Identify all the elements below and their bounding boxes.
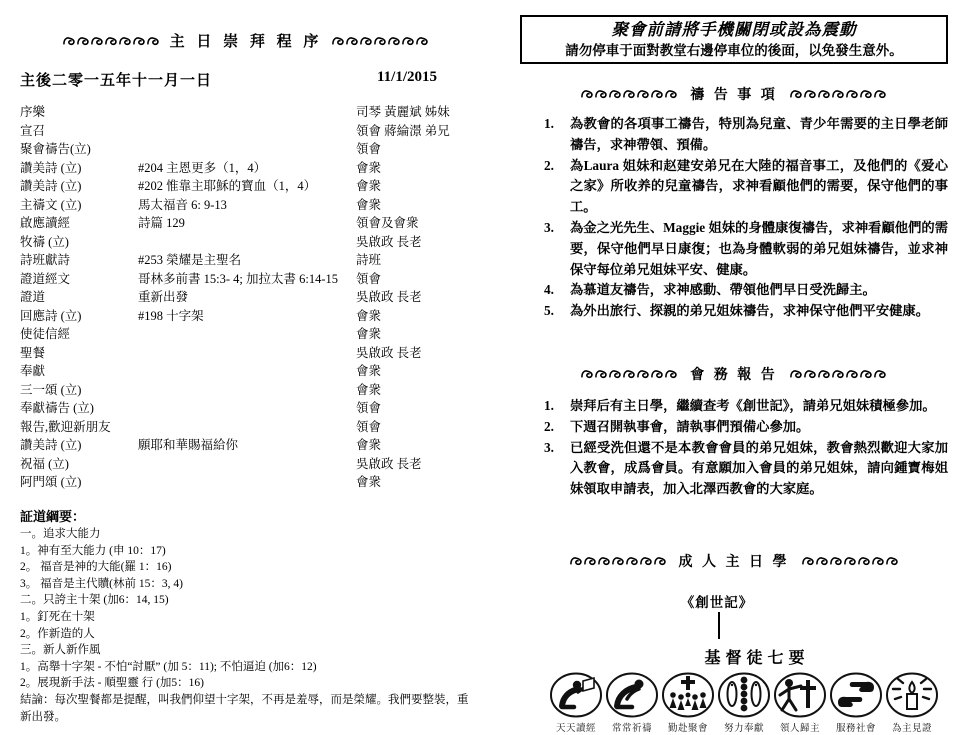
program-detail: #204 主恩更多（1，4）	[138, 159, 356, 178]
program-leader: 吳啟政 長老	[356, 288, 472, 307]
essential-label: 勤赴聚會	[660, 720, 716, 734]
right-page: 聚會前請將手機關閉或設為震動 請勿停車于面對教堂右邊停車位的後面，以免發生意外。…	[520, 0, 948, 735]
program-row: 阿門頌 (立) 會衆	[20, 473, 472, 492]
program-leader: 領會 蔣綸澋 弟兄	[356, 122, 472, 141]
outline-line: 2。 福音是神的大能(羅 1：16)	[20, 559, 472, 576]
ornament-right-icon	[802, 556, 899, 566]
ornament-left-icon	[570, 556, 667, 566]
program-detail: 重新出發	[138, 288, 356, 307]
prayer-item: 為Laura 姐妹和赵建安弟兄在大陸的福音事工，及他們的《爱心之家》所收养的兒童…	[544, 156, 948, 218]
seven-essentials-row: 天天讀經 常常祈禱	[548, 672, 940, 734]
program-detail	[138, 455, 356, 474]
program-item: 證道經文	[20, 270, 138, 289]
program-leader: 領會	[356, 140, 472, 159]
report-item: 崇拜后有主日學，繼續查考《創世記》，請弟兄姐妹積極參加。	[544, 396, 948, 417]
program-row: 使徒信經 會衆	[20, 325, 472, 344]
program-leader: 領會	[356, 418, 472, 437]
prayer-item: 為慕道友禱告，求神感動、帶領他們早日受洗歸主。	[544, 280, 948, 301]
program-leader: 詩班	[356, 251, 472, 270]
program-detail	[138, 381, 356, 400]
program-leader: 會衆	[356, 381, 472, 400]
prayer-item: 為金之光先生、Maggie 姐妹的身體康復禱告，求神看顧他們的需要，保守他們早日…	[544, 218, 948, 280]
notice-phones: 聚會前請將手機關閉或設為震動	[526, 19, 942, 41]
program-item: 證道	[20, 288, 138, 307]
praying-icon	[605, 672, 659, 718]
program-detail: #202 惟靠主耶穌的寶血（1，4）	[138, 177, 356, 196]
program-row: 報告,歡迎新朋友 領會	[20, 418, 472, 437]
program-row: 序樂 司琴 黃麗斌 姊妹	[20, 103, 472, 122]
outline-heading: 証道綱要：	[20, 507, 472, 526]
program-leader: 會衆	[356, 325, 472, 344]
program-list: 序樂 司琴 黃麗斌 姊妹 宣召 領會 蔣綸澋 弟兄 聚會禱告(立) 領會	[20, 103, 472, 492]
program-item: 使徒信經	[20, 325, 138, 344]
essential-praying: 常常祈禱	[604, 672, 660, 734]
prayer-item-text: 為慕道友禱告，求神感動、帶領他們早日受洗歸主。	[570, 280, 948, 301]
essential-label: 天天讀經	[548, 720, 604, 734]
program-detail	[138, 473, 356, 492]
program-leader: 會衆	[356, 436, 472, 455]
program-row: 聖餐 吳啟政 長老	[20, 344, 472, 363]
ornament-left-icon	[63, 36, 160, 46]
school-section-title: 成 人 主 日 學	[679, 551, 790, 571]
loaves-fishes-icon	[717, 672, 771, 718]
program-detail: #198 十字架	[138, 307, 356, 326]
program-item: 讚美詩 (立)	[20, 436, 138, 455]
outline-line: 三。新人新作風	[20, 642, 472, 659]
ornament-right-icon	[332, 36, 429, 46]
program-item: 詩班獻詩	[20, 251, 138, 270]
program-leader: 會衆	[356, 177, 472, 196]
program-detail	[138, 418, 356, 437]
program-detail	[138, 399, 356, 418]
program-item: 回應詩 (立)	[20, 307, 138, 326]
program-item: 奉獻	[20, 362, 138, 381]
program-row: 啟應讀經 詩篇 129 領會及會衆	[20, 214, 472, 233]
prayer-item: 為外出旅行、探親的弟兄姐妹禱告，求神保守他們平安健康。	[544, 301, 948, 322]
essential-label: 努力奉獻	[716, 720, 772, 734]
school-section-header: 成 人 主 日 學	[520, 551, 948, 571]
worship-title: 主 日 崇 拜 程 序	[170, 30, 323, 51]
essential-label: 服務社會	[828, 720, 884, 734]
prayer-item-text: 為金之光先生、Maggie 姐妹的身體康復禱告，求神看顧他們的需要，保守他們早日…	[570, 218, 948, 280]
date-row: 主後二零一五年十一月一日 11/1/2015	[20, 69, 472, 89]
report-list: 崇拜后有主日學，繼續查考《創世記》，請弟兄姐妹積極參加。 下週召開執事會，請執事…	[520, 396, 948, 500]
program-item: 三一頌 (立)	[20, 381, 138, 400]
program-detail	[138, 140, 356, 159]
report-section-title: 會 務 報 告	[690, 364, 778, 384]
program-row: 牧禱 (立) 吳啟政 長老	[20, 233, 472, 252]
program-leader: 會衆	[356, 473, 472, 492]
program-leader: 領會	[356, 270, 472, 289]
program-row: 讚美詩 (立) #202 惟靠主耶穌的寶血（1，4） 會衆	[20, 177, 472, 196]
report-item: 下週召開執事會，請執事們預備心參加。	[544, 417, 948, 438]
essential-gathering: 勤赴聚會	[660, 672, 716, 734]
program-item: 聖餐	[20, 344, 138, 363]
program-item: 序樂	[20, 103, 138, 122]
program-item: 宣召	[20, 122, 138, 141]
prayer-list: 為教會的各項事工禱告，特別為兒童、青少年需要的主日學老師禱告，求神帶領、預備。 …	[520, 114, 948, 322]
program-row: 證道 重新出發 吳啟政 長老	[20, 288, 472, 307]
ornament-right-icon	[790, 369, 887, 379]
outline-line: 1。高舉十字架 - 不怕“討厭” (加 5：11); 不怕逼迫 (加6：12)	[20, 659, 472, 676]
program-item: 祝福 (立)	[20, 455, 138, 474]
report-item-text: 已經受洗但還不是本教會會員的弟兄姐妹，教會熱烈歡迎大家加入教會，成爲會員。有意願…	[570, 438, 948, 500]
program-detail	[138, 325, 356, 344]
sermon-outline: 証道綱要： 一。追求大能力 1。神有至大能力 (申 10：17) 2。 福音是神…	[20, 507, 472, 725]
program-leader: 會衆	[356, 307, 472, 326]
report-item-text: 下週召開執事會，請執事們預備心參加。	[570, 417, 948, 438]
ornament-left-icon	[581, 89, 678, 99]
ornament-left-icon	[581, 369, 678, 379]
seven-essentials-title: 基督徒七要	[574, 645, 940, 668]
essential-label: 常常祈禱	[604, 720, 660, 734]
program-leader: 會衆	[356, 159, 472, 178]
program-detail	[138, 233, 356, 252]
outline-line: 1。神有至大能力 (申 10：17)	[20, 543, 472, 560]
essential-label: 為主見證	[884, 720, 940, 734]
lead-to-cross-icon	[773, 672, 827, 718]
program-detail	[138, 362, 356, 381]
program-detail: 願耶和華賜福給你	[138, 436, 356, 455]
program-row: 宣召 領會 蔣綸澋 弟兄	[20, 122, 472, 141]
program-leader: 領會	[356, 399, 472, 418]
outline-line: 一。追求大能力	[20, 526, 472, 543]
program-detail	[138, 103, 356, 122]
gathering-cross-icon	[661, 672, 715, 718]
essential-serving: 服務社會	[828, 672, 884, 734]
program-leader: 會衆	[356, 196, 472, 215]
outline-line: 2。展現新手法 - 順聖靈 行 (加5：16)	[20, 675, 472, 692]
essential-label: 領人歸主	[772, 720, 828, 734]
worship-date-numeric: 11/1/2015	[377, 69, 437, 86]
essential-offering: 努力奉獻	[716, 672, 772, 734]
program-row: 祝福 (立) 吳啟政 長老	[20, 455, 472, 474]
program-item: 讚美詩 (立)	[20, 177, 138, 196]
program-item: 啟應讀經	[20, 214, 138, 233]
program-row: 奉獻 會衆	[20, 362, 472, 381]
essential-witness: 為主見證	[884, 672, 940, 734]
serving-hands-icon	[829, 672, 883, 718]
program-row: 回應詩 (立) #198 十字架 會衆	[20, 307, 472, 326]
program-row: 聚會禱告(立) 領會	[20, 140, 472, 159]
bulletin-page: 主 日 崇 拜 程 序 主後二零一五年十一月一日 11/1/2015 序樂 司琴…	[0, 0, 958, 735]
program-leader: 領會及會衆	[356, 214, 472, 233]
seven-essentials: 基督徒七要 天天讀經	[548, 645, 940, 734]
outline-line: 1。釘死在十架	[20, 609, 472, 626]
program-item: 讚美詩 (立)	[20, 159, 138, 178]
program-row: 讚美詩 (立) #204 主恩更多（1，4） 會衆	[20, 159, 472, 178]
program-detail: 馬太福音 6: 9-13	[138, 196, 356, 215]
essential-bible-reading: 天天讀經	[548, 672, 604, 734]
school-book-title: 《創世記》	[503, 591, 931, 611]
notice-parking: 請勿停車于面對教堂右邊停車位的後面，以免發生意外。	[526, 41, 942, 60]
outline-line: 3。 福音是主代贖(林前 15：3, 4)	[20, 576, 472, 593]
left-page: 主 日 崇 拜 程 序 主後二零一五年十一月一日 11/1/2015 序樂 司琴…	[20, 0, 472, 735]
program-item: 阿門頌 (立)	[20, 473, 138, 492]
connector-line	[718, 612, 720, 639]
program-detail	[138, 122, 356, 141]
prayer-section-title: 禱 告 事 項	[690, 84, 778, 104]
report-item-text: 崇拜后有主日學，繼續查考《創世記》，請弟兄姐妹積極參加。	[570, 396, 948, 417]
worship-title-header: 主 日 崇 拜 程 序	[20, 30, 472, 51]
worship-date-chinese: 主後二零一五年十一月一日	[20, 69, 212, 90]
program-leader: 吳啟政 長老	[356, 344, 472, 363]
essential-lead-to-lord: 領人歸主	[772, 672, 828, 734]
program-detail: 哥林多前書 15:3- 4; 加拉太書 6:14-15	[138, 270, 356, 289]
report-section-header: 會 務 報 告	[520, 364, 948, 384]
prayer-item-text: 為Laura 姐妹和赵建安弟兄在大陸的福音事工，及他們的《爱心之家》所收养的兒童…	[570, 156, 948, 218]
prayer-section-header: 禱 告 事 項	[520, 84, 948, 104]
outline-line: 二。只誇主十架 (加6：14, 15)	[20, 592, 472, 609]
notice-box: 聚會前請將手機關閉或設為震動 請勿停車于面對教堂右邊停車位的後面，以免發生意外。	[520, 15, 948, 64]
bible-reading-icon	[549, 672, 603, 718]
outline-line: 2。作新造的人	[20, 626, 472, 643]
program-row: 奉獻禱告 (立) 領會	[20, 399, 472, 418]
outline-line: 結論：每次聖餐都是提醒，叫我們仰望十字架，不再是羞辱，而是榮耀。我們要整裝，重新…	[20, 692, 472, 725]
ornament-right-icon	[790, 89, 887, 99]
program-row: 詩班獻詩 #253 榮耀是主聖名 詩班	[20, 251, 472, 270]
program-row: 三一頌 (立) 會衆	[20, 381, 472, 400]
program-row: 讚美詩 (立) 願耶和華賜福給你 會衆	[20, 436, 472, 455]
prayer-item-text: 為教會的各項事工禱告，特別為兒童、青少年需要的主日學老師禱告，求神帶領、預備。	[570, 114, 948, 156]
report-item: 已經受洗但還不是本教會會員的弟兄姐妹，教會熱烈歡迎大家加入教會，成爲會員。有意願…	[544, 438, 948, 500]
program-leader: 會衆	[356, 362, 472, 381]
program-item: 奉獻禱告 (立)	[20, 399, 138, 418]
program-leader: 吳啟政 長老	[356, 233, 472, 252]
program-item: 牧禱 (立)	[20, 233, 138, 252]
program-leader: 司琴 黃麗斌 姊妹	[356, 103, 472, 122]
candle-witness-icon	[885, 672, 939, 718]
program-detail: 詩篇 129	[138, 214, 356, 233]
program-leader: 吳啟政 長老	[356, 455, 472, 474]
program-item: 聚會禱告(立)	[20, 140, 138, 159]
prayer-item: 為教會的各項事工禱告，特別為兒童、青少年需要的主日學老師禱告，求神帶領、預備。	[544, 114, 948, 156]
program-item: 主禱文 (立)	[20, 196, 138, 215]
program-detail: #253 榮耀是主聖名	[138, 251, 356, 270]
program-row: 證道經文 哥林多前書 15:3- 4; 加拉太書 6:14-15 領會	[20, 270, 472, 289]
prayer-item-text: 為外出旅行、探親的弟兄姐妹禱告，求神保守他們平安健康。	[570, 301, 948, 322]
program-detail	[138, 344, 356, 363]
program-item: 報告,歡迎新朋友	[20, 418, 138, 437]
program-row: 主禱文 (立) 馬太福音 6: 9-13 會衆	[20, 196, 472, 215]
